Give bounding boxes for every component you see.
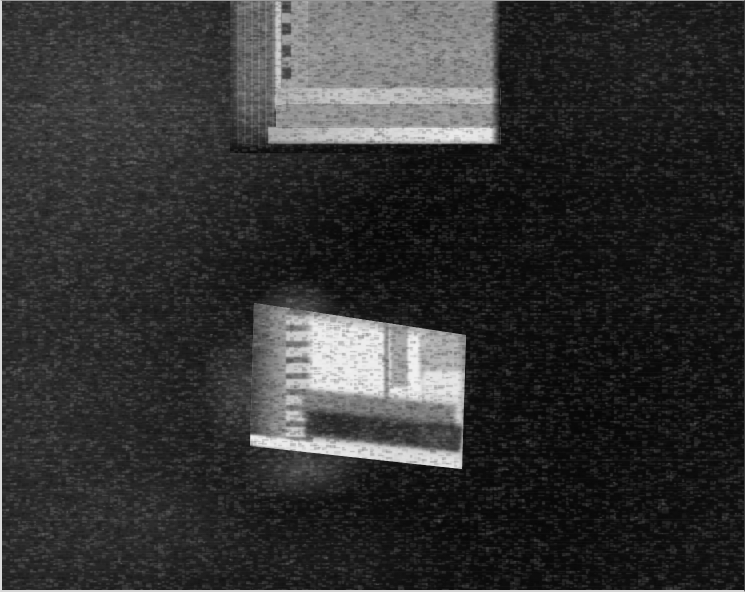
upper-window	[230, 1, 500, 153]
upper-window-mid-band	[276, 105, 500, 127]
upper-window-frame-shadow-line	[282, 1, 291, 99]
upper-window-bottom-falloff	[230, 140, 500, 153]
upper-window-right-falloff	[491, 1, 500, 153]
upper-window-left-falloff	[230, 1, 240, 147]
upper-window-sill-band	[276, 88, 500, 105]
upper-window-interior	[308, 1, 500, 91]
photograph	[0, 0, 745, 592]
